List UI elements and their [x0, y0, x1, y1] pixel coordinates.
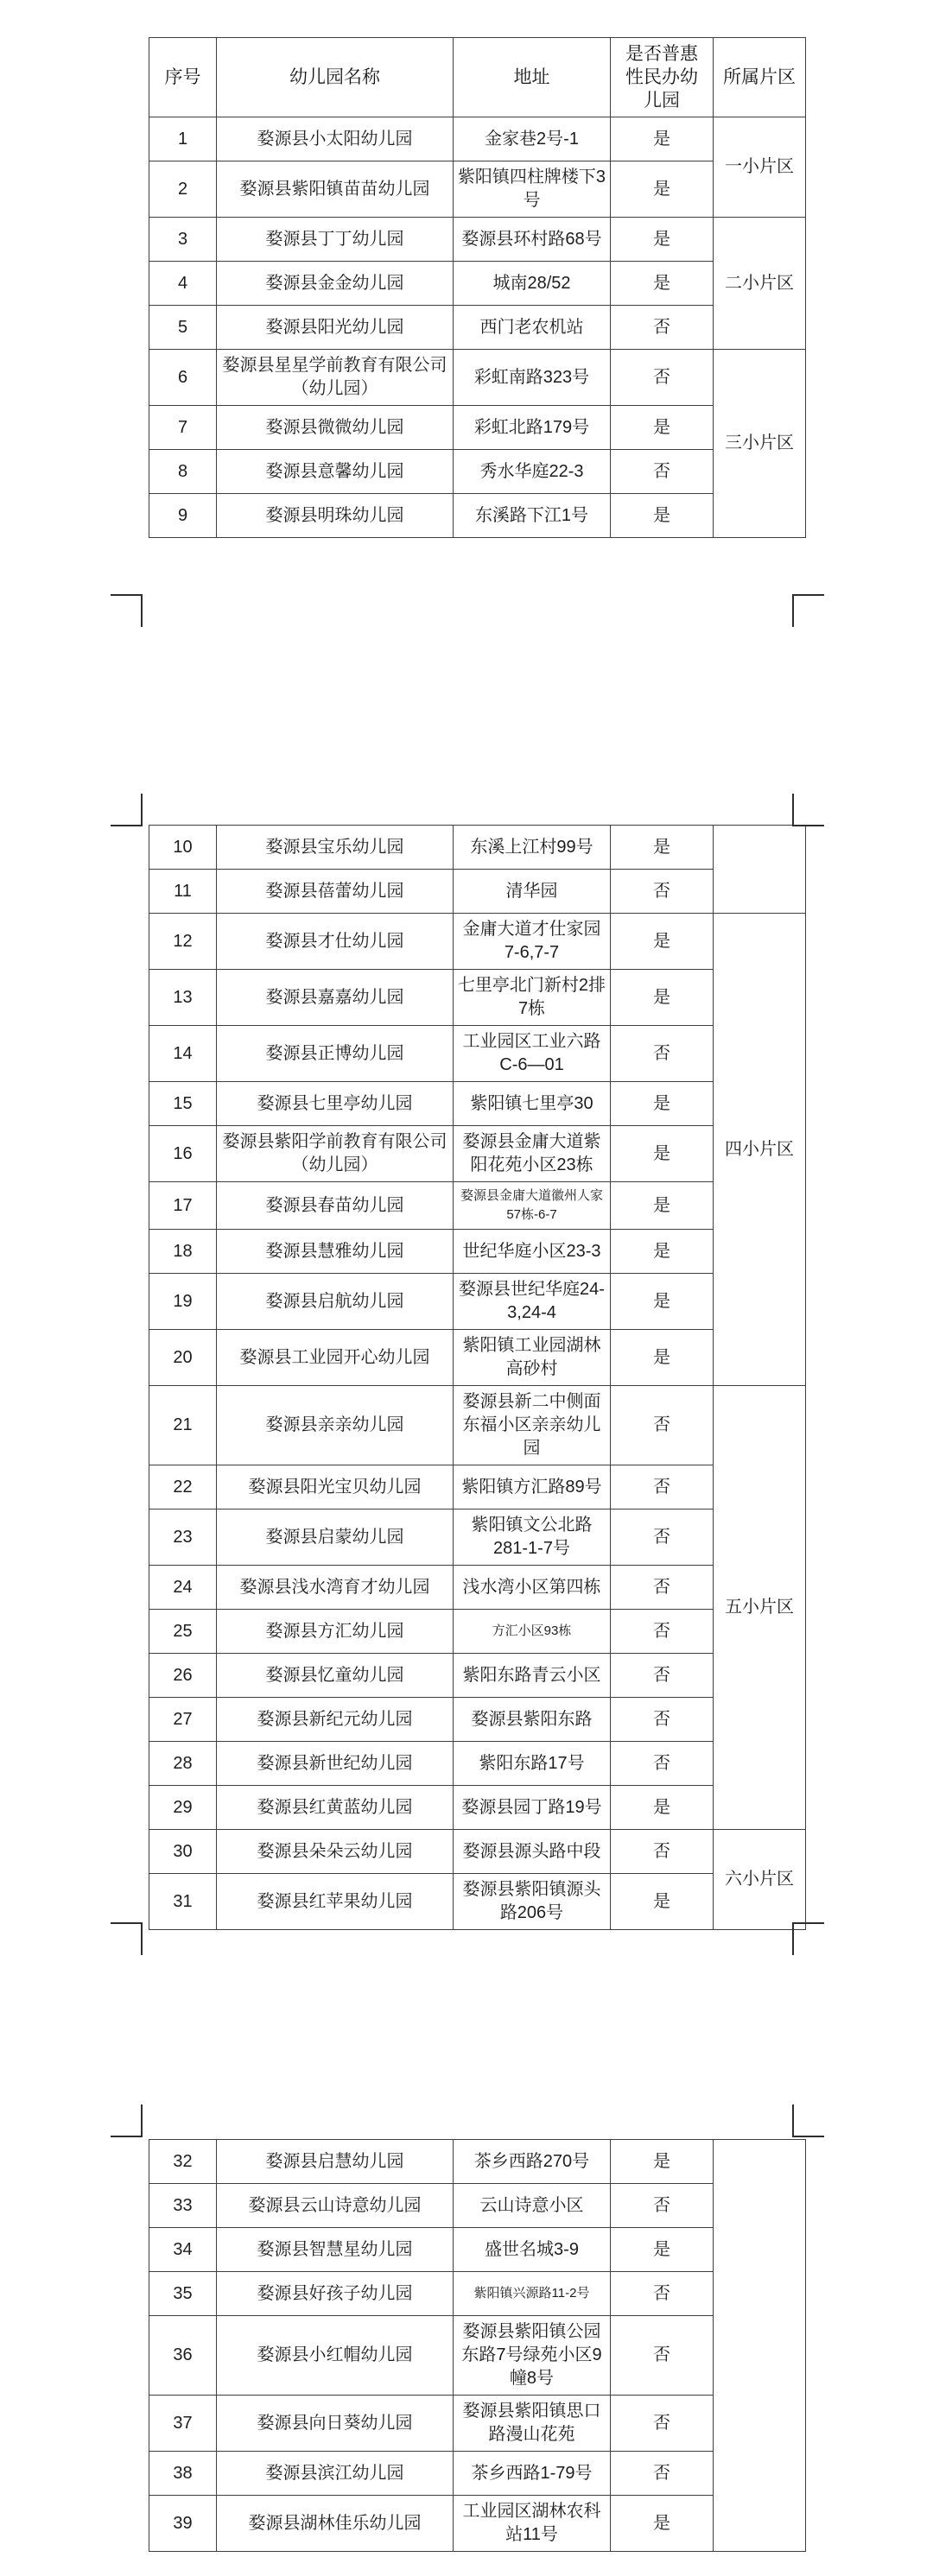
- row-number-cell: 31: [149, 1874, 217, 1930]
- table-row: 26婺源县忆童幼儿园紫阳东路青云小区否: [149, 1654, 806, 1698]
- row-number-cell: 17: [149, 1182, 217, 1230]
- kindergarten-name-cell: 婺源县湖林佳乐幼儿园: [217, 2496, 454, 2552]
- inclusive-status-cell: 否: [611, 1830, 714, 1874]
- kindergarten-name-cell: 婺源县意馨幼儿园: [217, 450, 454, 494]
- address-cell: 浅水湾小区第四栋: [454, 1566, 611, 1610]
- kindergarten-name-cell: 婺源县启慧幼儿园: [217, 2140, 454, 2184]
- table-row: 8婺源县意馨幼儿园秀水华庭22-3否: [149, 450, 806, 494]
- kindergarten-name-cell: 婺源县新世纪幼儿园: [217, 1742, 454, 1786]
- row-number-cell: 27: [149, 1698, 217, 1742]
- inclusive-status-cell: 否: [611, 1654, 714, 1698]
- address-cell: 婺源县金庸大道紫阳花苑小区23栋: [454, 1126, 611, 1182]
- row-number-cell: 8: [149, 450, 217, 494]
- kindergarten-table-page-3: 32婺源县启慧幼儿园茶乡西路270号是33婺源县云山诗意幼儿园云山诗意小区否34…: [149, 2139, 806, 2552]
- address-cell: 金庸大道才仕家园7-6,7-7: [454, 914, 611, 970]
- inclusive-status-cell: 是: [611, 1274, 714, 1330]
- row-number-cell: 7: [149, 406, 217, 450]
- address-cell: 紫阳镇七里亭30: [454, 1082, 611, 1126]
- kindergarten-name-cell: 婺源县云山诗意幼儿园: [217, 2184, 454, 2228]
- table-row: 36婺源县小红帽幼儿园婺源县紫阳镇公园东路7号绿苑小区9幢8号否: [149, 2316, 806, 2396]
- row-number-cell: 12: [149, 914, 217, 970]
- page-2: 10婺源县宝乐幼儿园东溪上江村99号是11婺源县蓓蕾幼儿园清华园否12婺源县才仕…: [149, 825, 806, 1930]
- row-number-cell: 35: [149, 2272, 217, 2316]
- inclusive-status-cell: 是: [611, 2228, 714, 2272]
- kindergarten-name-cell: 婺源县宝乐幼儿园: [217, 826, 454, 870]
- row-number-cell: 30: [149, 1830, 217, 1874]
- table-row: 28婺源县新世纪幼儿园紫阳东路17号否: [149, 1742, 806, 1786]
- address-cell: 秀水华庭22-3: [454, 450, 611, 494]
- table-row: 32婺源县启慧幼儿园茶乡西路270号是: [149, 2140, 806, 2184]
- kindergarten-name-cell: 婺源县丁丁幼儿园: [217, 218, 454, 262]
- table-row: 4婺源县金金幼儿园城南28/52是: [149, 262, 806, 306]
- district-cell: 六小片区: [714, 1830, 806, 1930]
- row-number-cell: 15: [149, 1082, 217, 1126]
- kindergarten-name-cell: 婺源县好孩子幼儿园: [217, 2272, 454, 2316]
- kindergarten-name-cell: 婺源县春苗幼儿园: [217, 1182, 454, 1230]
- inclusive-status-cell: 是: [611, 1786, 714, 1830]
- row-number-cell: 1: [149, 117, 217, 161]
- district-cell: 二小片区: [714, 218, 806, 350]
- table-row: 38婺源县滨江幼儿园茶乡西路1-79号否: [149, 2452, 806, 2496]
- address-cell: 方汇小区93栋: [454, 1610, 611, 1654]
- kindergarten-name-cell: 婺源县微微幼儿园: [217, 406, 454, 450]
- address-cell: 婺源县环村路68号: [454, 218, 611, 262]
- address-cell: 茶乡西路1-79号: [454, 2452, 611, 2496]
- kindergarten-name-cell: 婺源县浅水湾育才幼儿园: [217, 1566, 454, 1610]
- table-row: 19婺源县启航幼儿园婺源县世纪华庭24-3,24-4是: [149, 1274, 806, 1330]
- kindergarten-name-cell: 婺源县阳光幼儿园: [217, 306, 454, 350]
- inclusive-status-cell: 是: [611, 2140, 714, 2184]
- inclusive-status-cell: 是: [611, 1082, 714, 1126]
- table-row: 3婺源县丁丁幼儿园婺源县环村路68号是二小片区: [149, 218, 806, 262]
- table-row: 20婺源县工业园开心幼儿园紫阳镇工业园湖林高砂村是: [149, 1330, 806, 1386]
- inclusive-status-cell: 否: [611, 1742, 714, 1786]
- row-number-cell: 6: [149, 350, 217, 406]
- kindergarten-name-cell: 婺源县阳光宝贝幼儿园: [217, 1465, 454, 1510]
- inclusive-status-cell: 是: [611, 1874, 714, 1930]
- address-cell: 彩虹南路323号: [454, 350, 611, 406]
- table-row: 15婺源县七里亭幼儿园紫阳镇七里亭30是: [149, 1082, 806, 1126]
- district-cell: 四小片区: [714, 914, 806, 1386]
- kindergarten-name-cell: 婺源县小太阳幼儿园: [217, 117, 454, 161]
- row-number-cell: 3: [149, 218, 217, 262]
- address-cell: 世纪华庭小区23-3: [454, 1230, 611, 1274]
- inclusive-status-cell: 是: [611, 2496, 714, 2552]
- address-cell: 工业园区工业六路C-6—01: [454, 1026, 611, 1082]
- row-number-cell: 21: [149, 1386, 217, 1465]
- row-number-cell: 2: [149, 161, 217, 218]
- kindergarten-name-cell: 婺源县滨江幼儿园: [217, 2452, 454, 2496]
- column-header-0: 序号: [149, 38, 217, 117]
- row-number-cell: 13: [149, 970, 217, 1026]
- table-row: 22婺源县阳光宝贝幼儿园紫阳镇方汇路89号否: [149, 1465, 806, 1510]
- address-cell: 紫阳镇方汇路89号: [454, 1465, 611, 1510]
- column-header-3: 是否普惠性民办幼儿园: [611, 38, 714, 117]
- kindergarten-name-cell: 婺源县新纪元幼儿园: [217, 1698, 454, 1742]
- address-cell: 婺源县新二中侧面东福小区亲亲幼儿园: [454, 1386, 611, 1465]
- address-cell: 婺源县紫阳镇公园东路7号绿苑小区9幢8号: [454, 2316, 611, 2396]
- row-number-cell: 34: [149, 2228, 217, 2272]
- address-cell: 紫阳镇文公北路281-1-7号: [454, 1510, 611, 1566]
- address-cell: 东溪上江村99号: [454, 826, 611, 870]
- row-number-cell: 38: [149, 2452, 217, 2496]
- inclusive-status-cell: 是: [611, 218, 714, 262]
- page-1: 序号幼儿园名称地址是否普惠性民办幼儿园所属片区1婺源县小太阳幼儿园金家巷2号-1…: [149, 37, 806, 538]
- row-number-cell: 5: [149, 306, 217, 350]
- row-number-cell: 20: [149, 1330, 217, 1386]
- kindergarten-name-cell: 婺源县小红帽幼儿园: [217, 2316, 454, 2396]
- row-number-cell: 39: [149, 2496, 217, 2552]
- row-number-cell: 33: [149, 2184, 217, 2228]
- inclusive-status-cell: 否: [611, 1610, 714, 1654]
- kindergarten-name-cell: 婺源县红苹果幼儿园: [217, 1874, 454, 1930]
- row-number-cell: 36: [149, 2316, 217, 2396]
- table-row: 29婺源县红黄蓝幼儿园婺源县园丁路19号是: [149, 1786, 806, 1830]
- row-number-cell: 25: [149, 1610, 217, 1654]
- kindergarten-name-cell: 婺源县慧雅幼儿园: [217, 1230, 454, 1274]
- inclusive-status-cell: 否: [611, 306, 714, 350]
- kindergarten-name-cell: 婺源县智慧星幼儿园: [217, 2228, 454, 2272]
- address-cell: 彩虹北路179号: [454, 406, 611, 450]
- table-row: 39婺源县湖林佳乐幼儿园工业园区湖林农科站11号是: [149, 2496, 806, 2552]
- inclusive-status-cell: 是: [611, 494, 714, 538]
- address-cell: 城南28/52: [454, 262, 611, 306]
- row-number-cell: 11: [149, 870, 217, 914]
- inclusive-status-cell: 否: [611, 2272, 714, 2316]
- inclusive-status-cell: 是: [611, 161, 714, 218]
- table-row: 31婺源县红苹果幼儿园婺源县紫阳镇源头路206号是: [149, 1874, 806, 1930]
- kindergarten-table-page-2: 10婺源县宝乐幼儿园东溪上江村99号是11婺源县蓓蕾幼儿园清华园否12婺源县才仕…: [149, 825, 806, 1930]
- row-number-cell: 26: [149, 1654, 217, 1698]
- address-cell: 茶乡西路270号: [454, 2140, 611, 2184]
- district-cell: 一小片区: [714, 117, 806, 218]
- kindergarten-name-cell: 婺源县红黄蓝幼儿园: [217, 1786, 454, 1830]
- row-number-cell: 29: [149, 1786, 217, 1830]
- table-row: 5婺源县阳光幼儿园西门老农机站否: [149, 306, 806, 350]
- inclusive-status-cell: 否: [611, 1566, 714, 1610]
- table-row: 6婺源县星星学前教育有限公司（幼儿园）彩虹南路323号否三小片区: [149, 350, 806, 406]
- kindergarten-name-cell: 婺源县方汇幼儿园: [217, 1610, 454, 1654]
- inclusive-status-cell: 否: [611, 2452, 714, 2496]
- address-cell: 紫阳镇工业园湖林高砂村: [454, 1330, 611, 1386]
- address-cell: 西门老农机站: [454, 306, 611, 350]
- inclusive-status-cell: 否: [611, 1698, 714, 1742]
- inclusive-status-cell: 否: [611, 350, 714, 406]
- kindergarten-name-cell: 婺源县明珠幼儿园: [217, 494, 454, 538]
- row-number-cell: 10: [149, 826, 217, 870]
- address-cell: 紫阳镇兴源路11-2号: [454, 2272, 611, 2316]
- table-row: 27婺源县新纪元幼儿园婺源县紫阳东路否: [149, 1698, 806, 1742]
- address-cell: 七里亭北门新村2排7栋: [454, 970, 611, 1026]
- row-number-cell: 14: [149, 1026, 217, 1082]
- crop-mark-page1-bottom-right: [792, 594, 824, 627]
- table-row: 17婺源县春苗幼儿园婺源县金庸大道徽州人家57栋-6-7是: [149, 1182, 806, 1230]
- kindergarten-name-cell: 婺源县蓓蕾幼儿园: [217, 870, 454, 914]
- address-cell: 紫阳东路17号: [454, 1742, 611, 1786]
- kindergarten-name-cell: 婺源县启航幼儿园: [217, 1274, 454, 1330]
- inclusive-status-cell: 否: [611, 2316, 714, 2396]
- row-number-cell: 19: [149, 1274, 217, 1330]
- inclusive-status-cell: 是: [611, 1182, 714, 1230]
- kindergarten-name-cell: 婺源县紫阳镇苗苗幼儿园: [217, 161, 454, 218]
- address-cell: 清华园: [454, 870, 611, 914]
- table-row: 14婺源县正博幼儿园工业园区工业六路C-6—01否: [149, 1026, 806, 1082]
- kindergarten-name-cell: 婺源县嘉嘉幼儿园: [217, 970, 454, 1026]
- kindergarten-name-cell: 婺源县启蒙幼儿园: [217, 1510, 454, 1566]
- address-cell: 婺源县金庸大道徽州人家57栋-6-7: [454, 1182, 611, 1230]
- kindergarten-name-cell: 婺源县朵朵云幼儿园: [217, 1830, 454, 1874]
- address-cell: 婺源县世纪华庭24-3,24-4: [454, 1274, 611, 1330]
- table-row: 35婺源县好孩子幼儿园紫阳镇兴源路11-2号否: [149, 2272, 806, 2316]
- crop-mark-page3-top-right: [792, 2104, 824, 2137]
- kindergarten-name-cell: 婺源县亲亲幼儿园: [217, 1386, 454, 1465]
- row-number-cell: 9: [149, 494, 217, 538]
- kindergarten-table-page-1: 序号幼儿园名称地址是否普惠性民办幼儿园所属片区1婺源县小太阳幼儿园金家巷2号-1…: [149, 37, 806, 538]
- inclusive-status-cell: 否: [611, 1386, 714, 1465]
- row-number-cell: 23: [149, 1510, 217, 1566]
- kindergarten-name-cell: 婺源县七里亭幼儿园: [217, 1082, 454, 1126]
- crop-mark-page1-bottom-left: [111, 594, 143, 627]
- table-row: 23婺源县启蒙幼儿园紫阳镇文公北路281-1-7号否: [149, 1510, 806, 1566]
- address-cell: 婺源县紫阳镇思口路漫山花苑: [454, 2396, 611, 2452]
- table-row: 33婺源县云山诗意幼儿园云山诗意小区否: [149, 2184, 806, 2228]
- kindergarten-name-cell: 婺源县星星学前教育有限公司（幼儿园）: [217, 350, 454, 406]
- column-header-4: 所属片区: [714, 38, 806, 117]
- crop-mark-page3-top-left: [111, 2104, 143, 2137]
- address-cell: 东溪路下江1号: [454, 494, 611, 538]
- inclusive-status-cell: 是: [611, 1230, 714, 1274]
- district-cell: 五小片区: [714, 1386, 806, 1830]
- district-cell: [714, 2140, 806, 2552]
- inclusive-status-cell: 否: [611, 1026, 714, 1082]
- table-row: 11婺源县蓓蕾幼儿园清华园否: [149, 870, 806, 914]
- row-number-cell: 18: [149, 1230, 217, 1274]
- address-cell: 工业园区湖林农科站11号: [454, 2496, 611, 2552]
- column-header-2: 地址: [454, 38, 611, 117]
- table-row: 10婺源县宝乐幼儿园东溪上江村99号是: [149, 826, 806, 870]
- address-cell: 云山诗意小区: [454, 2184, 611, 2228]
- table-row: 25婺源县方汇幼儿园方汇小区93栋否: [149, 1610, 806, 1654]
- table-row: 37婺源县向日葵幼儿园婺源县紫阳镇思口路漫山花苑否: [149, 2396, 806, 2452]
- table-row: 7婺源县微微幼儿园彩虹北路179号是: [149, 406, 806, 450]
- table-row: 12婺源县才仕幼儿园金庸大道才仕家园7-6,7-7是四小片区: [149, 914, 806, 970]
- table-row: 1婺源县小太阳幼儿园金家巷2号-1是一小片区: [149, 117, 806, 161]
- address-cell: 紫阳东路青云小区: [454, 1654, 611, 1698]
- table-row: 13婺源县嘉嘉幼儿园七里亭北门新村2排7栋是: [149, 970, 806, 1026]
- inclusive-status-cell: 是: [611, 970, 714, 1026]
- district-cell: [714, 826, 806, 914]
- kindergarten-name-cell: 婺源县紫阳学前教育有限公司（幼儿园）: [217, 1126, 454, 1182]
- address-cell: 婺源县紫阳镇源头路206号: [454, 1874, 611, 1930]
- row-number-cell: 28: [149, 1742, 217, 1786]
- row-number-cell: 16: [149, 1126, 217, 1182]
- inclusive-status-cell: 是: [611, 1126, 714, 1182]
- address-cell: 紫阳镇四柱牌楼下3号: [454, 161, 611, 218]
- crop-mark-page2-top-left: [111, 794, 143, 826]
- inclusive-status-cell: 是: [611, 262, 714, 306]
- table-row: 2婺源县紫阳镇苗苗幼儿园紫阳镇四柱牌楼下3号是: [149, 161, 806, 218]
- page-3: 32婺源县启慧幼儿园茶乡西路270号是33婺源县云山诗意幼儿园云山诗意小区否34…: [149, 2139, 806, 2552]
- inclusive-status-cell: 是: [611, 826, 714, 870]
- kindergarten-name-cell: 婺源县向日葵幼儿园: [217, 2396, 454, 2452]
- header-row: 序号幼儿园名称地址是否普惠性民办幼儿园所属片区: [149, 38, 806, 117]
- address-cell: 盛世名城3-9: [454, 2228, 611, 2272]
- inclusive-status-cell: 否: [611, 1510, 714, 1566]
- row-number-cell: 22: [149, 1465, 217, 1510]
- inclusive-status-cell: 是: [611, 117, 714, 161]
- address-cell: 婺源县源头路中段: [454, 1830, 611, 1874]
- kindergarten-name-cell: 婺源县才仕幼儿园: [217, 914, 454, 970]
- table-row: 9婺源县明珠幼儿园东溪路下江1号是: [149, 494, 806, 538]
- inclusive-status-cell: 否: [611, 1465, 714, 1510]
- scanned-document-canvas: 序号幼儿园名称地址是否普惠性民办幼儿园所属片区1婺源县小太阳幼儿园金家巷2号-1…: [0, 0, 933, 2576]
- inclusive-status-cell: 否: [611, 2184, 714, 2228]
- district-cell: 三小片区: [714, 350, 806, 538]
- inclusive-status-cell: 是: [611, 1330, 714, 1386]
- inclusive-status-cell: 否: [611, 870, 714, 914]
- table-row: 21婺源县亲亲幼儿园婺源县新二中侧面东福小区亲亲幼儿园否五小片区: [149, 1386, 806, 1465]
- address-cell: 婺源县园丁路19号: [454, 1786, 611, 1830]
- row-number-cell: 37: [149, 2396, 217, 2452]
- table-row: 24婺源县浅水湾育才幼儿园浅水湾小区第四栋否: [149, 1566, 806, 1610]
- crop-mark-page2-bottom-left: [111, 1922, 143, 1955]
- table-row: 18婺源县慧雅幼儿园世纪华庭小区23-3是: [149, 1230, 806, 1274]
- kindergarten-name-cell: 婺源县忆童幼儿园: [217, 1654, 454, 1698]
- inclusive-status-cell: 否: [611, 2396, 714, 2452]
- kindergarten-name-cell: 婺源县工业园开心幼儿园: [217, 1330, 454, 1386]
- row-number-cell: 32: [149, 2140, 217, 2184]
- row-number-cell: 4: [149, 262, 217, 306]
- inclusive-status-cell: 是: [611, 406, 714, 450]
- table-row: 30婺源县朵朵云幼儿园婺源县源头路中段否六小片区: [149, 1830, 806, 1874]
- kindergarten-name-cell: 婺源县正博幼儿园: [217, 1026, 454, 1082]
- table-row: 16婺源县紫阳学前教育有限公司（幼儿园）婺源县金庸大道紫阳花苑小区23栋是: [149, 1126, 806, 1182]
- address-cell: 婺源县紫阳东路: [454, 1698, 611, 1742]
- kindergarten-name-cell: 婺源县金金幼儿园: [217, 262, 454, 306]
- table-row: 34婺源县智慧星幼儿园盛世名城3-9是: [149, 2228, 806, 2272]
- row-number-cell: 24: [149, 1566, 217, 1610]
- crop-mark-page2-top-right: [792, 794, 824, 826]
- address-cell: 金家巷2号-1: [454, 117, 611, 161]
- inclusive-status-cell: 否: [611, 450, 714, 494]
- inclusive-status-cell: 是: [611, 914, 714, 970]
- column-header-1: 幼儿园名称: [217, 38, 454, 117]
